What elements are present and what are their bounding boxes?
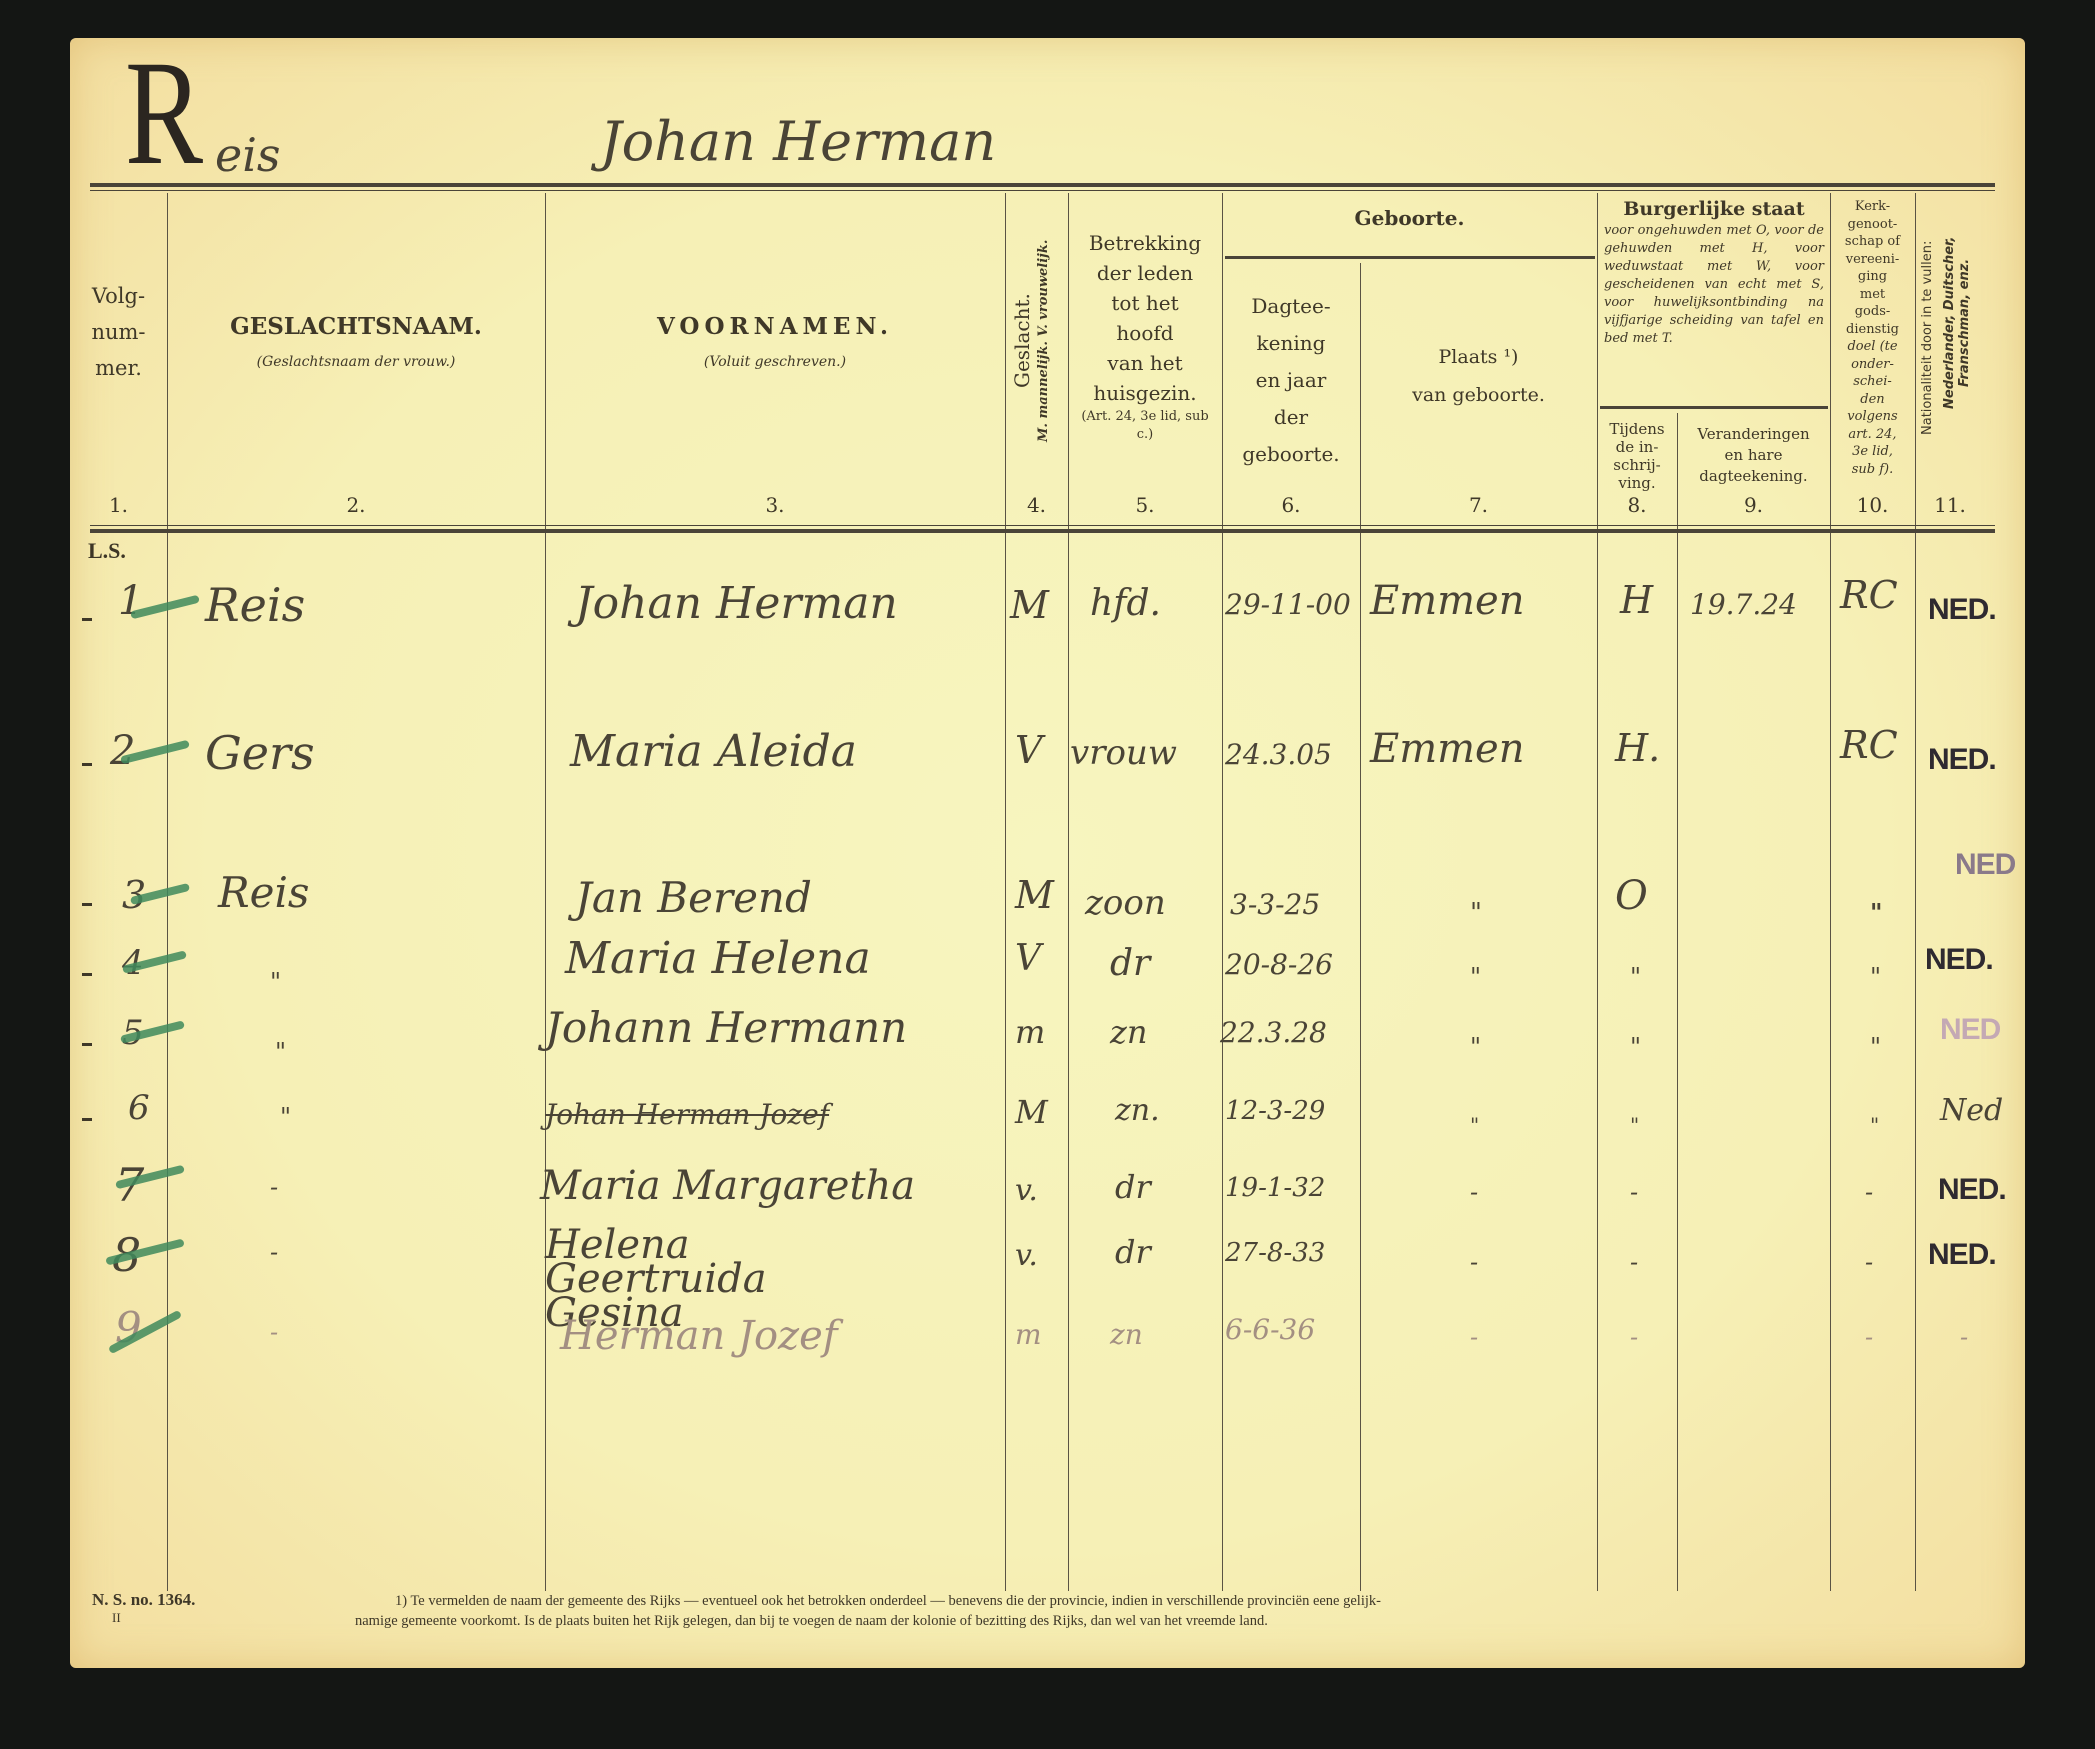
header-kerkgenootschap: Kerk- genoot- schap of vereeni- ging met… xyxy=(1830,198,1915,478)
header-geslachtsnaam: GESLACHTSNAAM. (Geslachtsnaam der vrouw.… xyxy=(167,313,545,370)
index-letter: R xyxy=(125,38,203,188)
birth-date: 3-3-25 xyxy=(1230,888,1320,921)
header-text: num- xyxy=(70,314,167,350)
top-rule xyxy=(90,183,1995,187)
birth-place: " xyxy=(1470,1113,1479,1137)
margin-tick xyxy=(82,763,92,766)
card-surname: eis xyxy=(215,128,281,182)
religion: - xyxy=(1865,1248,1873,1276)
top-rule-thin xyxy=(90,190,1995,191)
marital-status: - xyxy=(1630,1178,1638,1206)
relation: zn. xyxy=(1115,1093,1160,1128)
header-tijdens-inschrijving: Tijdens de in- schrij- ving. xyxy=(1597,420,1677,492)
header-title: VOORNAMEN. xyxy=(545,313,1005,340)
card-given-names: Johan Herman xyxy=(600,110,996,173)
given-names: Herman Jozef xyxy=(560,1313,838,1359)
header-note: (Art. 24, 3e lid, sub c.) xyxy=(1068,408,1222,444)
footnote-line-1: 1) Te vermelden de naam der gemeente des… xyxy=(395,1593,1381,1610)
nationality-stamp: NED. xyxy=(1928,593,1996,627)
relation: zn xyxy=(1110,1318,1143,1351)
relation: dr xyxy=(1115,1168,1151,1206)
relation: dr xyxy=(1115,1233,1151,1271)
col-divider xyxy=(1915,193,1916,1591)
col-number: 10. xyxy=(1830,493,1915,517)
birth-date: 19-1-32 xyxy=(1225,1173,1325,1203)
birth-date: 27-8-33 xyxy=(1225,1238,1325,1268)
header-text: Kerk- xyxy=(1830,198,1915,216)
header-text: van geboorte. xyxy=(1360,376,1597,414)
sex: m xyxy=(1015,1013,1045,1051)
marital-status: - xyxy=(1630,1248,1638,1276)
header-text: met xyxy=(1830,286,1915,304)
header-text: doel (te xyxy=(1830,338,1915,356)
marital-status: - xyxy=(1630,1323,1638,1351)
relation: hfd. xyxy=(1090,583,1161,624)
birth-place: Emmen xyxy=(1370,578,1525,624)
given-names: Maria Helena xyxy=(565,933,871,984)
margin-tick xyxy=(82,903,92,906)
religion: " xyxy=(1870,1113,1879,1137)
header-text: en jaar xyxy=(1222,362,1360,399)
header-text: Plaats ¹) xyxy=(1360,338,1597,376)
surname: - xyxy=(270,1173,278,1201)
header-text: Betrekking xyxy=(1068,228,1222,258)
marital-status: " xyxy=(1630,1033,1641,1061)
header-text: Veranderingen xyxy=(1677,424,1830,445)
margin-tick xyxy=(82,1118,92,1121)
nationality: - xyxy=(1960,1323,1968,1351)
header-text: schei- xyxy=(1830,373,1915,391)
religion: RC xyxy=(1840,723,1898,767)
sex: M xyxy=(1015,1093,1048,1131)
header-text: ving. xyxy=(1597,474,1677,492)
surname: " xyxy=(280,1103,291,1131)
religion: " xyxy=(1870,963,1881,991)
nationality: Ned xyxy=(1940,1093,2003,1128)
header-text: hoofd xyxy=(1068,318,1222,348)
header-text: der leden xyxy=(1068,258,1222,288)
header-text: volgens xyxy=(1830,408,1915,426)
nationality-stamp: NED. xyxy=(1928,743,1996,777)
surname: Reis xyxy=(218,868,309,917)
given-names: Maria Margaretha xyxy=(540,1163,915,1209)
header-nationaliteit-subtitle: Nederlander, Duitscher, Franschman, enz. xyxy=(1942,198,1986,448)
row-number: 2 xyxy=(110,728,135,774)
header-veranderingen: Veranderingen en hare dagteekening. xyxy=(1677,424,1830,487)
given-names-struck: Johan Herman Jozef xyxy=(545,1098,829,1131)
header-rule xyxy=(90,529,1995,533)
header-text: Volg- xyxy=(70,278,167,314)
col-number: 5. xyxy=(1068,493,1222,517)
header-text: kening xyxy=(1222,325,1360,362)
burgerlijke-staat-rule xyxy=(1600,406,1828,409)
surname: - xyxy=(270,1238,278,1266)
given-names: Johann Hermann xyxy=(545,1003,907,1052)
birth-place: - xyxy=(1470,1323,1478,1351)
margin-tick xyxy=(82,1043,92,1046)
header-text: en hare xyxy=(1677,445,1830,466)
surname: " xyxy=(270,968,281,996)
religion: " xyxy=(1870,898,1883,927)
header-text: art. 24, xyxy=(1830,426,1915,444)
marital-status: H. xyxy=(1615,726,1660,770)
col-number: 11. xyxy=(1915,493,1985,517)
form-number: N. S. no. 1364. xyxy=(92,1590,195,1610)
header-text: dagteekening. xyxy=(1677,466,1830,487)
header-text: den xyxy=(1830,391,1915,409)
nationality-stamp: NED. xyxy=(1925,943,1993,977)
header-text: vereeni- xyxy=(1830,251,1915,269)
col-number: 7. xyxy=(1360,493,1597,517)
birth-place: " xyxy=(1470,1033,1481,1061)
relation: vrouw xyxy=(1070,733,1177,773)
header-plaats: Plaats ¹) van geboorte. xyxy=(1360,338,1597,414)
nationality-stamp: NED. xyxy=(1938,1173,2006,1207)
header-text: schap of xyxy=(1830,233,1915,251)
relation: dr xyxy=(1110,943,1150,984)
header-voornamen: VOORNAMEN. (Voluit geschreven.) xyxy=(545,313,1005,370)
col-divider xyxy=(545,193,546,1591)
birth-date: 6-6-36 xyxy=(1225,1313,1315,1346)
birth-place: " xyxy=(1470,898,1482,928)
header-text: dienstig xyxy=(1830,321,1915,339)
relation: zoon xyxy=(1085,883,1166,923)
header-text: sub f). xyxy=(1830,461,1915,479)
header-nationaliteit-title: Nationaliteit door in te vullen: xyxy=(1920,198,1942,478)
row-number: 6 xyxy=(128,1088,150,1128)
col-number: 4. xyxy=(1005,493,1068,517)
header-text: Tijdens xyxy=(1597,420,1677,438)
birth-place: " xyxy=(1470,963,1481,991)
header-title: GESLACHTSNAAM. xyxy=(167,313,545,340)
header-text: schrij- xyxy=(1597,456,1677,474)
col-divider xyxy=(1360,263,1361,1591)
sex: V xyxy=(1015,728,1042,772)
col-number: 2. xyxy=(167,493,545,517)
header-text: de in- xyxy=(1597,438,1677,456)
sex: M xyxy=(1010,583,1049,627)
geboorte-rule xyxy=(1225,256,1595,259)
birth-date: 24.3.05 xyxy=(1225,738,1332,771)
nationality-stamp: NED xyxy=(1940,1013,2000,1047)
header-betrekking: Betrekking der leden tot het hoofd van h… xyxy=(1068,228,1222,444)
surname: Reis xyxy=(205,578,305,632)
marital-status: " xyxy=(1630,963,1641,991)
sex: v. xyxy=(1015,1173,1038,1208)
header-description: voor ongehuwden met O, voor de gehuwden … xyxy=(1600,220,1828,350)
given-names: Johan Herman xyxy=(575,578,898,629)
margin-tick xyxy=(82,618,92,621)
col-number: 3. xyxy=(545,493,1005,517)
col-number: 8. xyxy=(1597,493,1677,517)
col-number: 9. xyxy=(1677,493,1830,517)
relation: zn xyxy=(1110,1013,1147,1051)
form-series: II xyxy=(112,1610,121,1626)
birth-place: - xyxy=(1470,1178,1478,1206)
header-volgnummer: Volg- num- mer. xyxy=(70,278,167,386)
header-text: 3e lid, xyxy=(1830,443,1915,461)
sex: M xyxy=(1015,873,1054,917)
surname: Gers xyxy=(205,726,315,780)
nationality-stamp: NED. xyxy=(1928,1238,1996,1272)
religion: RC xyxy=(1840,573,1898,617)
header-burgerlijke-staat: Burgerlijke staat voor ongehuwden met O,… xyxy=(1600,198,1828,350)
header-geslacht-subtitle: M. mannelijk. V. vrouwelijk. xyxy=(1036,198,1060,483)
header-text: huisgezin. xyxy=(1068,378,1222,408)
header-text: gods- xyxy=(1830,303,1915,321)
surname: " xyxy=(275,1038,286,1066)
col-number: 1. xyxy=(70,493,167,517)
header-text: van het xyxy=(1068,348,1222,378)
religion: - xyxy=(1865,1323,1873,1351)
marital-status: H xyxy=(1620,578,1653,622)
birth-date: 12-3-29 xyxy=(1225,1096,1325,1126)
birth-date: 20-8-26 xyxy=(1225,948,1333,981)
col-number: 6. xyxy=(1222,493,1360,517)
header-dagteekening: Dagtee- kening en jaar der geboorte. xyxy=(1222,288,1360,473)
surname: - xyxy=(270,1318,278,1346)
header-title: Burgerlijke staat xyxy=(1600,198,1828,220)
col-divider xyxy=(1597,193,1598,1591)
col-divider xyxy=(1005,193,1006,1591)
header-geslacht-title: Geslacht. xyxy=(1010,198,1038,483)
header-geboorte: Geboorte. xyxy=(1222,206,1597,230)
col-divider xyxy=(1677,413,1678,1591)
header-subtitle: (Voluit geschreven.) xyxy=(545,354,1005,370)
nationality-stamp: NED xyxy=(1955,848,2015,882)
header-text: mer. xyxy=(70,350,167,386)
religion: - xyxy=(1865,1178,1873,1206)
birth-place: Emmen xyxy=(1370,726,1525,772)
header-text: Dagtee- xyxy=(1222,288,1360,325)
header-text: tot het xyxy=(1068,288,1222,318)
marital-status: O xyxy=(1615,873,1648,919)
header-text: der xyxy=(1222,399,1360,436)
header-text: genoot- xyxy=(1830,216,1915,234)
margin-tick xyxy=(82,973,92,976)
header-text: ging xyxy=(1830,268,1915,286)
birth-date: 22.3.28 xyxy=(1220,1016,1327,1049)
ls-mark: L.S. xyxy=(88,538,126,564)
given-names: Jan Berend xyxy=(575,873,812,922)
given-names: Maria Aleida xyxy=(570,726,857,777)
sex: v. xyxy=(1015,1238,1038,1273)
sex: m xyxy=(1015,1318,1042,1351)
birth-date: 29-11-00 xyxy=(1225,588,1351,621)
footnote-line-2: namige gemeente voorkomt. Is de plaats b… xyxy=(355,1613,1268,1630)
sex: V xyxy=(1015,938,1041,979)
status-change-date: 19.7.24 xyxy=(1690,588,1797,621)
header-rule-thin xyxy=(90,525,1995,526)
header-subtitle: (Geslachtsnaam der vrouw.) xyxy=(167,354,545,370)
birth-place: - xyxy=(1470,1248,1478,1276)
marital-status: " xyxy=(1630,1113,1639,1137)
header-text: geboorte. xyxy=(1222,436,1360,473)
religion: " xyxy=(1870,1033,1881,1061)
registration-card: R eis Johan Herman Volg- num- mer. GESLA… xyxy=(70,38,2025,1668)
header-text: onder- xyxy=(1830,356,1915,374)
